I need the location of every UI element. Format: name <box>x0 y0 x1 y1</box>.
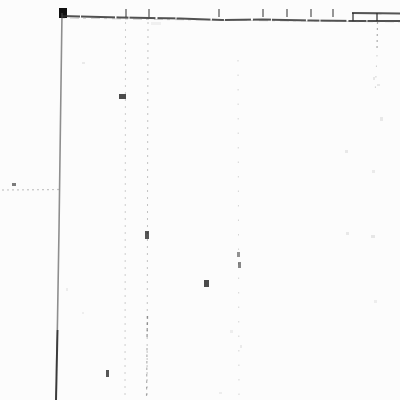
scan-speck <box>374 300 377 303</box>
scan-speck <box>380 117 383 121</box>
scan-speck <box>82 62 85 64</box>
scan-speck <box>240 345 242 348</box>
scan-speck <box>82 312 84 314</box>
ink-mark <box>145 231 149 239</box>
ink-mark <box>204 280 209 287</box>
scan-speck <box>346 232 349 235</box>
ink-mark <box>12 183 16 186</box>
scan-speck <box>230 330 233 333</box>
dotted-column-guide <box>147 22 148 400</box>
scanned-page <box>0 0 400 400</box>
scan-speck <box>151 22 161 25</box>
ink-mark <box>237 252 240 257</box>
dotted-column-guide <box>147 316 148 340</box>
left-margin-dashed-stub <box>2 190 59 191</box>
ink-mark <box>106 370 109 377</box>
ink-mark <box>238 262 241 268</box>
top-right-secondary-rule <box>352 13 400 14</box>
scan-speck <box>373 77 375 80</box>
scan-speck <box>372 170 375 173</box>
scan-speck <box>66 288 68 291</box>
dotted-column-guide <box>238 60 239 400</box>
scan-speck <box>371 235 375 238</box>
scan-speck <box>377 84 380 86</box>
dotted-column-guide <box>377 22 378 50</box>
scan-speck <box>345 150 348 153</box>
left-vertical-rule-bottom <box>56 330 58 400</box>
dotted-column-guide <box>147 348 148 400</box>
dotted-column-guide <box>375 55 377 95</box>
scan-canvas <box>0 0 400 400</box>
scan-speck <box>219 392 222 394</box>
ink-mark <box>119 94 126 99</box>
dotted-column-guide <box>125 22 126 400</box>
